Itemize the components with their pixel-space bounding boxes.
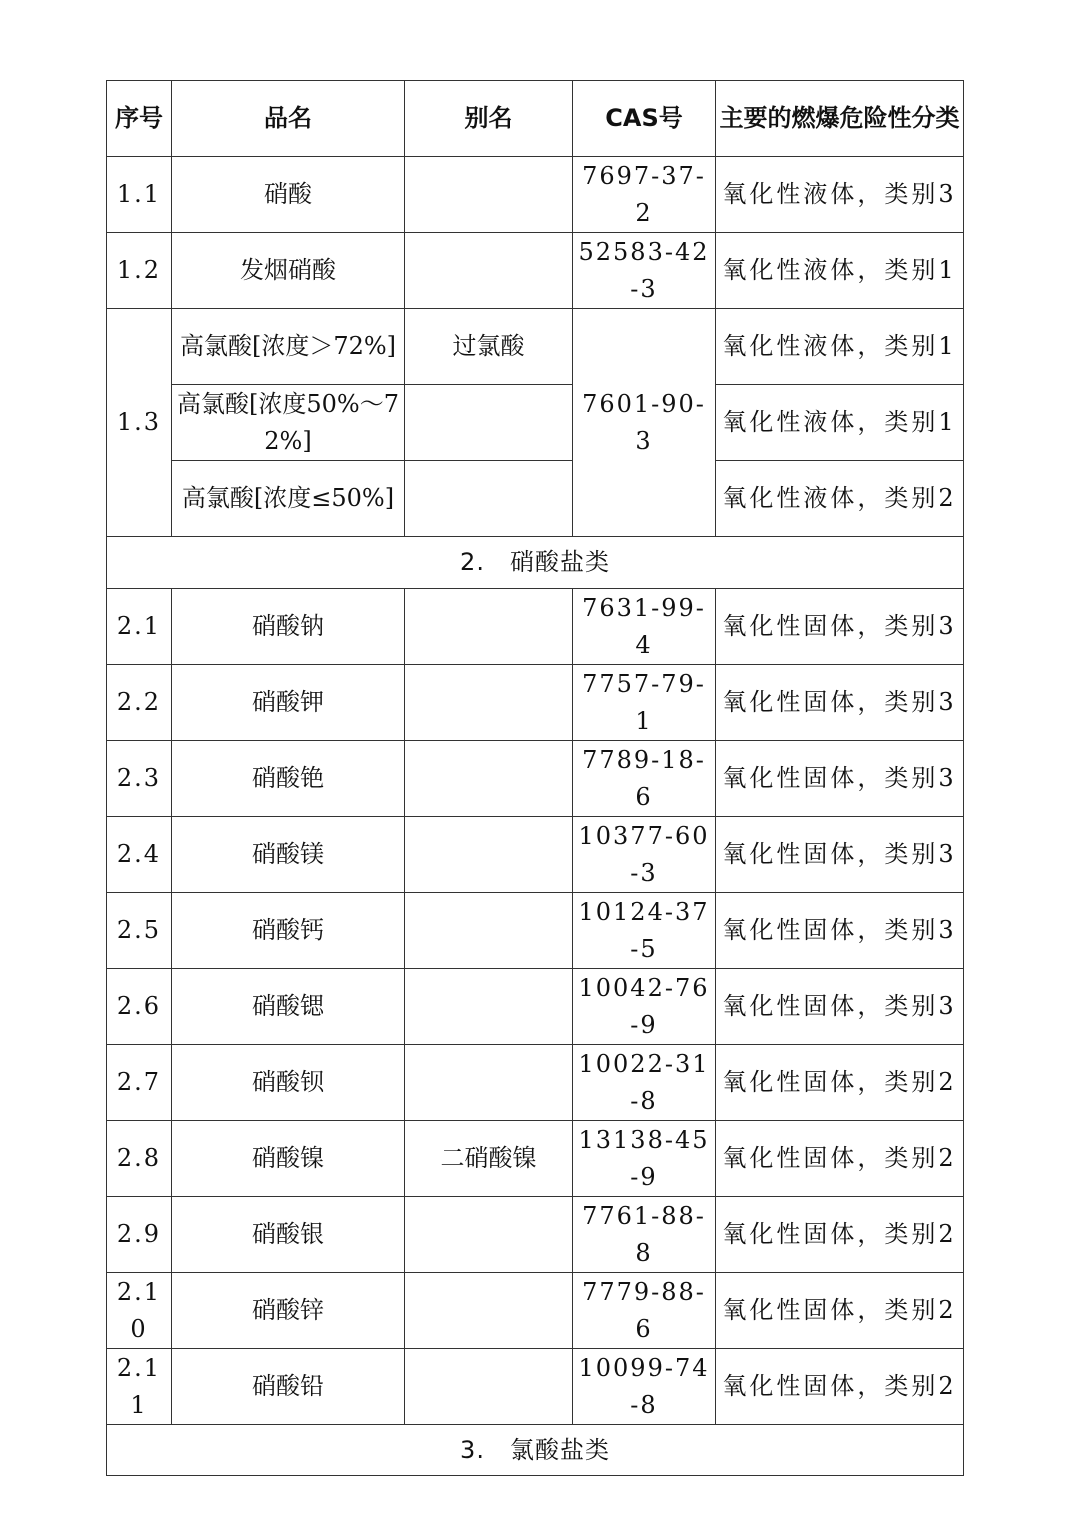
cell-cas: 10124-37-5 [573,893,716,969]
cell-alias [405,589,573,665]
cell-alias [405,1273,573,1349]
cell-alias [405,461,573,537]
cell-alias [405,233,573,309]
table-row: 1.1 硝酸 7697-37-2 氧化性液体，类别3 [107,157,964,233]
cell-name: 发烟硝酸 [172,233,405,309]
cell-alias: 二硝酸镍 [405,1121,573,1197]
table-row: 高氯酸[浓度50%～72%] 氧化性液体，类别1 [107,385,964,461]
cell-name: 高氯酸[浓度50%～72%] [172,385,405,461]
cell-name: 硝酸镍 [172,1121,405,1197]
cell-name: 硝酸钙 [172,893,405,969]
cell-cas: 7757-79-1 [573,665,716,741]
header-alias: 别名 [405,81,573,157]
cell-seq: 2.8 [107,1121,172,1197]
cell-hazard: 氧化性固体，类别2 [716,1121,964,1197]
section-row: 2. 硝酸盐类 [107,537,964,589]
header-seq: 序号 [107,81,172,157]
table-row: 1.2 发烟硝酸 52583-42-3 氧化性液体，类别1 [107,233,964,309]
cell-cas: 13138-45-9 [573,1121,716,1197]
cell-seq: 2.11 [107,1349,172,1425]
cell-seq: 1.3 [107,309,172,537]
cell-cas: 7789-18-6 [573,741,716,817]
cell-cas: 10099-74-8 [573,1349,716,1425]
table-row: 2.1 硝酸钠 7631-99-4 氧化性固体，类别3 [107,589,964,665]
table-row: 2.2 硝酸钾 7757-79-1 氧化性固体，类别3 [107,665,964,741]
cell-name: 硝酸镁 [172,817,405,893]
cell-hazard: 氧化性固体，类别2 [716,1197,964,1273]
cell-cas: 10022-31-8 [573,1045,716,1121]
header-name: 品名 [172,81,405,157]
cell-seq: 2.9 [107,1197,172,1273]
header-cas: CAS号 [573,81,716,157]
table-row: 2.11 硝酸铅 10099-74-8 氧化性固体，类别2 [107,1349,964,1425]
table-row: 2.6 硝酸锶 10042-76-9 氧化性固体，类别3 [107,969,964,1045]
cell-hazard: 氧化性液体，类别1 [716,309,964,385]
cell-alias [405,665,573,741]
cell-name: 高氯酸[浓度≤50%] [172,461,405,537]
cell-alias [405,1349,573,1425]
table-row: 1.3 高氯酸[浓度＞72%] 过氯酸 7601-90-3 氧化性液体，类别1 [107,309,964,385]
cell-cas: 7779-88-6 [573,1273,716,1349]
cell-cas: 7631-99-4 [573,589,716,665]
table-row: 2.3 硝酸铯 7789-18-6 氧化性固体，类别3 [107,741,964,817]
table-row: 高氯酸[浓度≤50%] 氧化性液体，类别2 [107,461,964,537]
cell-alias [405,1197,573,1273]
table-row: 2.10 硝酸锌 7779-88-6 氧化性固体，类别2 [107,1273,964,1349]
cell-cas: 7601-90-3 [573,309,716,537]
hazardous-chemicals-table: 序号 品名 别名 CAS号 主要的燃爆危险性分类 1.1 硝酸 7697-37-… [106,80,964,1476]
cell-name: 硝酸钠 [172,589,405,665]
cell-seq: 1.1 [107,157,172,233]
cell-name: 硝酸铯 [172,741,405,817]
table-row: 2.8 硝酸镍 二硝酸镍 13138-45-9 氧化性固体，类别2 [107,1121,964,1197]
cell-seq: 2.1 [107,589,172,665]
cell-seq: 2.4 [107,817,172,893]
cell-hazard: 氧化性固体，类别3 [716,893,964,969]
cell-cas: 10377-60-3 [573,817,716,893]
cell-alias [405,741,573,817]
cell-hazard: 氧化性固体，类别2 [716,1273,964,1349]
cell-cas: 7697-37-2 [573,157,716,233]
cell-cas: 10042-76-9 [573,969,716,1045]
cell-name: 硝酸 [172,157,405,233]
table-row: 2.5 硝酸钙 10124-37-5 氧化性固体，类别3 [107,893,964,969]
cell-cas: 52583-42-3 [573,233,716,309]
cell-name: 高氯酸[浓度＞72%] [172,309,405,385]
cell-seq: 2.6 [107,969,172,1045]
cell-name: 硝酸钾 [172,665,405,741]
cell-hazard: 氧化性液体，类别1 [716,385,964,461]
cell-seq: 1.2 [107,233,172,309]
cell-seq: 2.3 [107,741,172,817]
cell-name: 硝酸锶 [172,969,405,1045]
cell-hazard: 氧化性固体，类别2 [716,1045,964,1121]
cell-seq: 2.10 [107,1273,172,1349]
section-heading-chlorates: 3. 氯酸盐类 [107,1425,964,1476]
cell-hazard: 氧化性液体，类别1 [716,233,964,309]
cell-alias: 过氯酸 [405,309,573,385]
table-header-row: 序号 品名 别名 CAS号 主要的燃爆危险性分类 [107,81,964,157]
cell-hazard: 氧化性固体，类别3 [716,665,964,741]
cell-alias [405,817,573,893]
table-row: 2.4 硝酸镁 10377-60-3 氧化性固体，类别3 [107,817,964,893]
cell-alias [405,1045,573,1121]
cell-alias [405,385,573,461]
cell-hazard: 氧化性液体，类别3 [716,157,964,233]
cell-hazard: 氧化性固体，类别3 [716,741,964,817]
section-row: 3. 氯酸盐类 [107,1425,964,1476]
cell-cas: 7761-88-8 [573,1197,716,1273]
cell-seq: 2.2 [107,665,172,741]
cell-name: 硝酸铅 [172,1349,405,1425]
cell-hazard: 氧化性液体，类别2 [716,461,964,537]
cell-name: 硝酸银 [172,1197,405,1273]
header-hazard: 主要的燃爆危险性分类 [716,81,964,157]
cell-alias [405,969,573,1045]
cell-hazard: 氧化性固体，类别3 [716,817,964,893]
table-row: 2.9 硝酸银 7761-88-8 氧化性固体，类别2 [107,1197,964,1273]
cell-hazard: 氧化性固体，类别2 [716,1349,964,1425]
section-heading-nitrates: 2. 硝酸盐类 [107,537,964,589]
cell-seq: 2.7 [107,1045,172,1121]
cell-name: 硝酸锌 [172,1273,405,1349]
cell-alias [405,157,573,233]
cell-name: 硝酸钡 [172,1045,405,1121]
cell-hazard: 氧化性固体，类别3 [716,589,964,665]
table-row: 2.7 硝酸钡 10022-31-8 氧化性固体，类别2 [107,1045,964,1121]
cell-hazard: 氧化性固体，类别3 [716,969,964,1045]
cell-seq: 2.5 [107,893,172,969]
cell-alias [405,893,573,969]
